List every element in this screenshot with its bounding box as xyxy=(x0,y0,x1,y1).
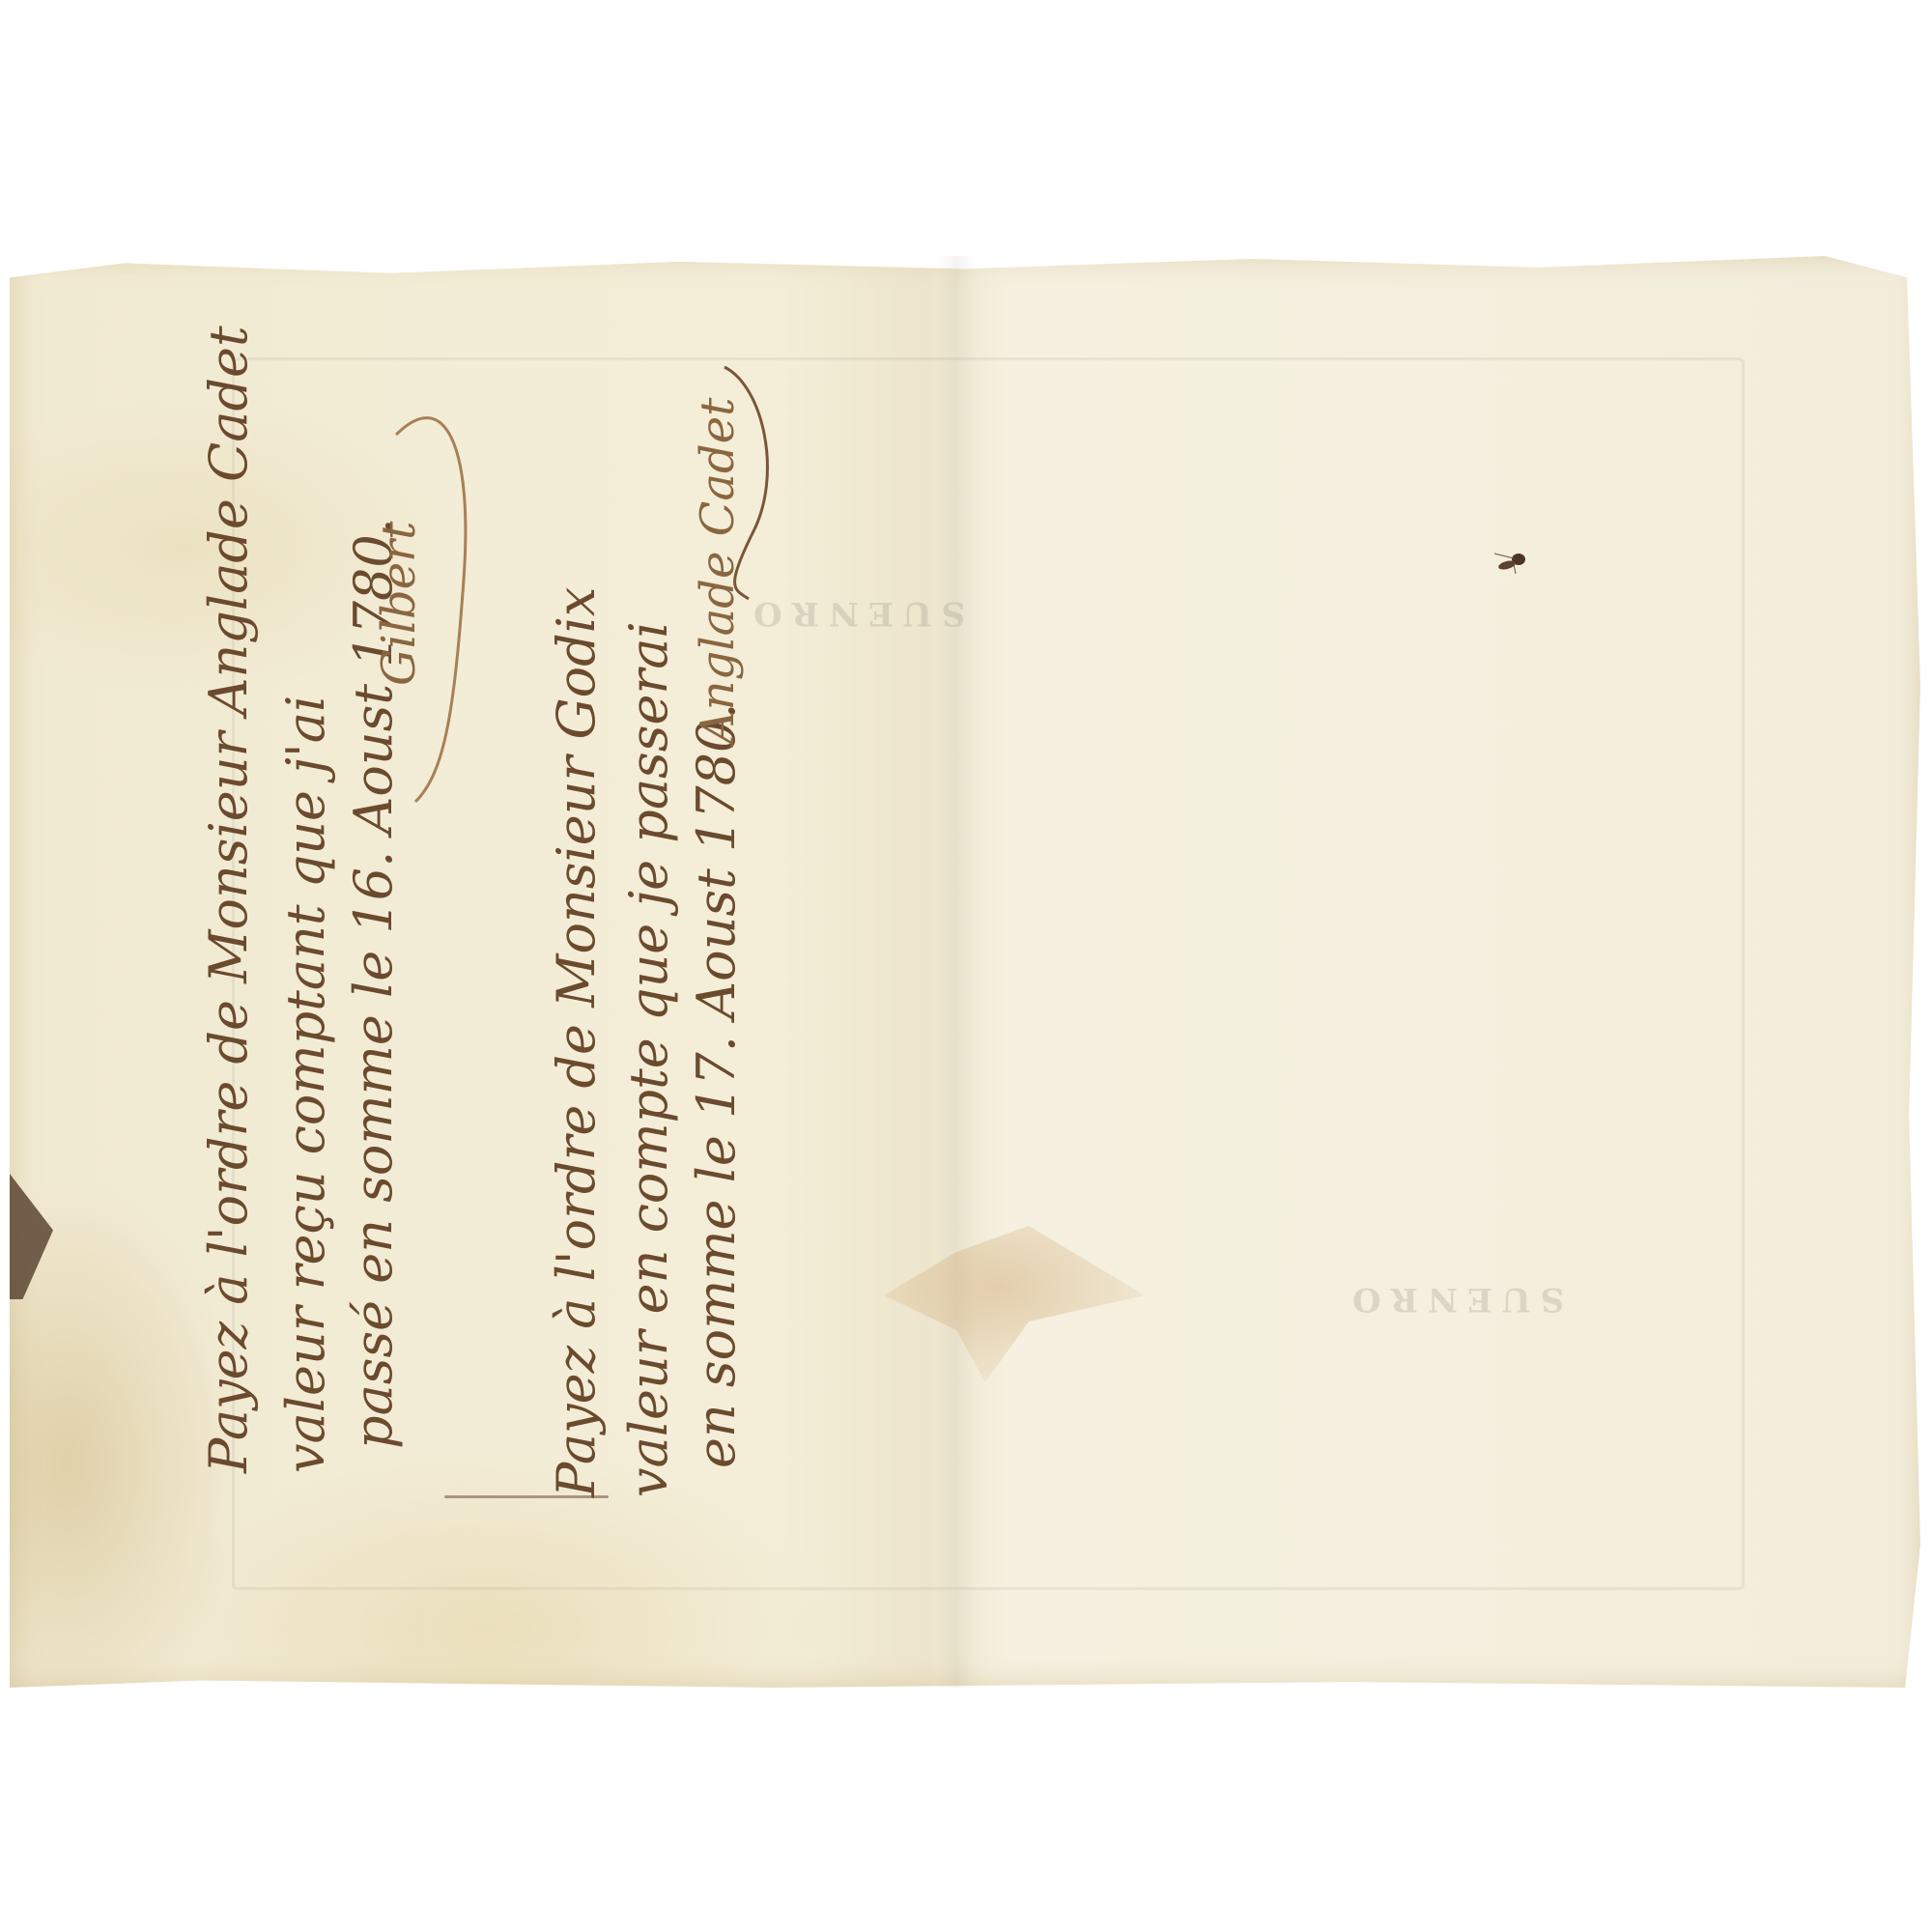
signature-flourish-2 xyxy=(715,357,792,609)
endorsement-1-line-2: valeur reçu comptant que j'ai xyxy=(275,696,336,1473)
embossed-text-bottom: SUENRO xyxy=(1343,1280,1564,1319)
ink-underline xyxy=(444,1495,609,1498)
embedded-insect-icon xyxy=(1492,551,1529,574)
endorsement-2-line-2: valeur en compte que je passerai xyxy=(618,621,679,1497)
endorsement-2-line-1: Payez à l'ordre de Monsieur Godix xyxy=(546,587,607,1497)
endorsement-2-line-3: en somme le 17. Aoust 1780. xyxy=(686,702,747,1468)
endorsement-1-line-1: Payez à l'ordre de Monsieur Anglade Cade… xyxy=(198,326,259,1473)
signature-flourish-1 xyxy=(386,386,483,821)
